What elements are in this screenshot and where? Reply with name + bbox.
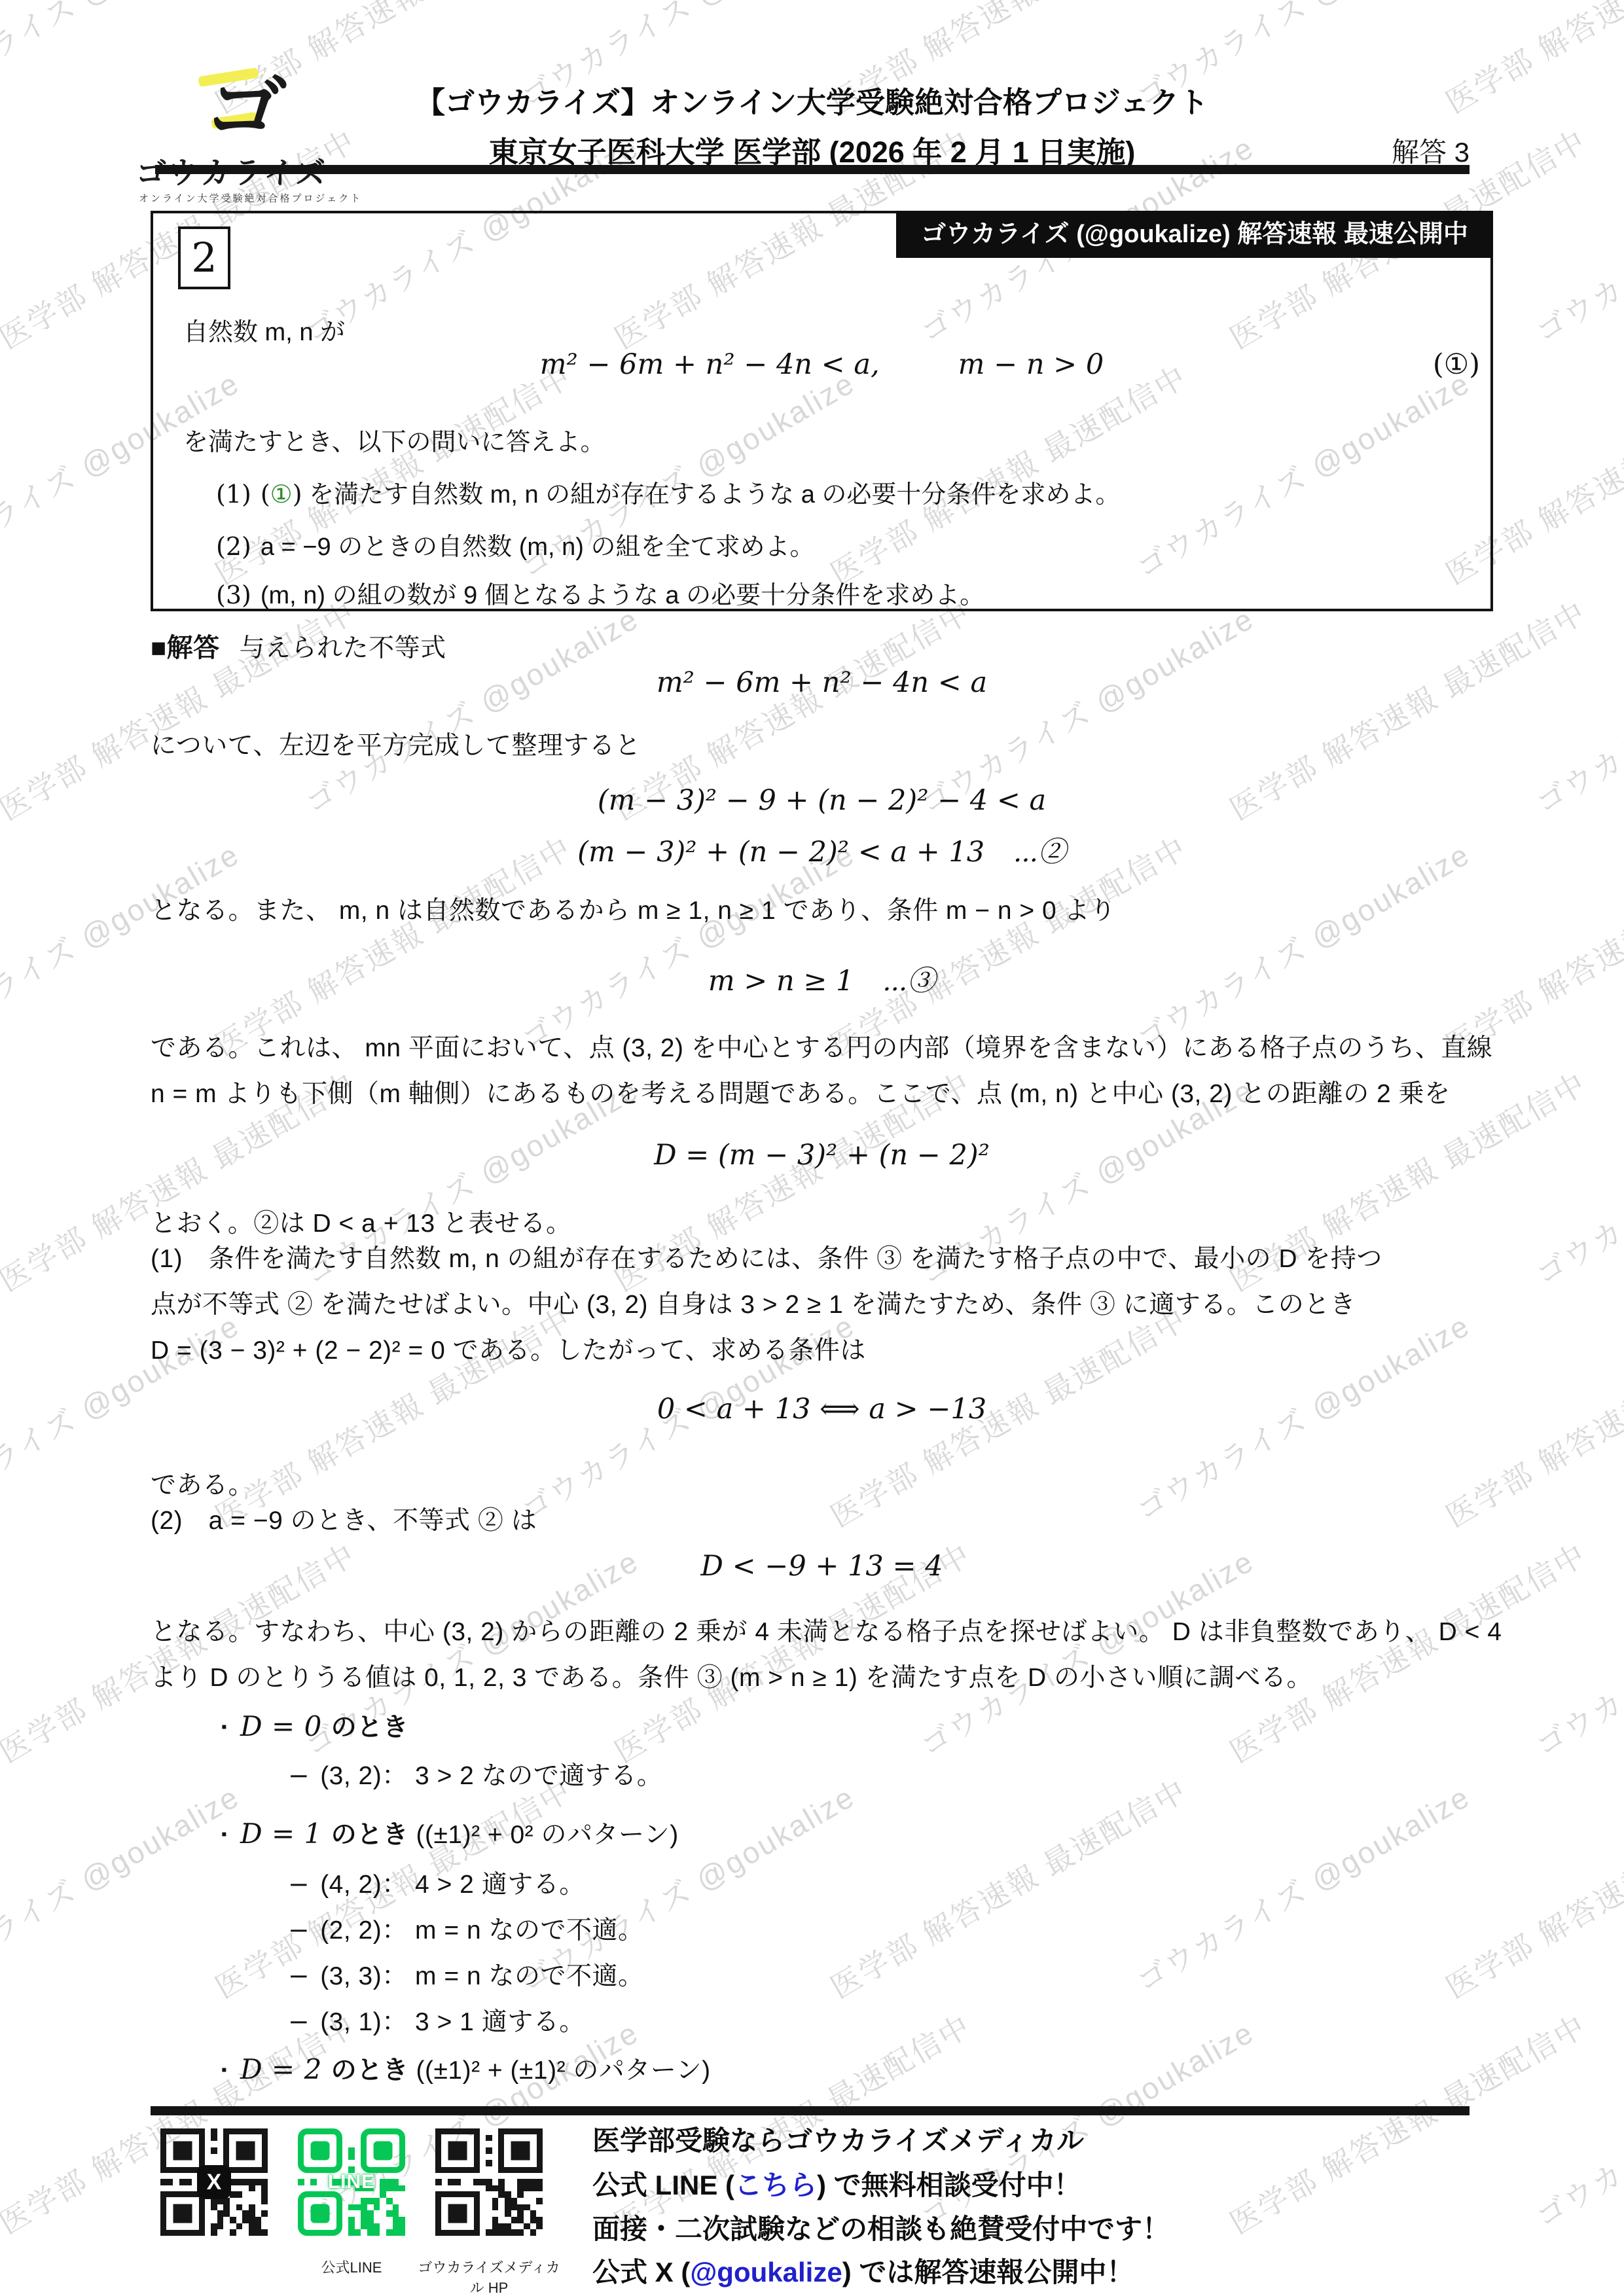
line-text: となる。また、 m, n は自然数であるから m ≥ 1, n ≥ 1 であり、… bbox=[151, 897, 1116, 925]
line-text: (2) a = −9 のとき、不等式 ② は bbox=[151, 1507, 537, 1535]
solution-line: (m − 3)² − 9 + (n − 2)² − 4 < a bbox=[151, 784, 1493, 817]
solution-line: m² − 6m + n² − 4n < a bbox=[151, 666, 1493, 699]
solution-line: となる。すなわち、中心 (3, 2) からの距離の 2 乗が 4 未満となる格子… bbox=[151, 1611, 1493, 1648]
solution-line: D = (m − 3)² + (n − 2)² bbox=[151, 1139, 1493, 1172]
line-text: である。 bbox=[151, 1471, 254, 1499]
line-text: ((±1)² + 0² のパターン) bbox=[408, 1821, 679, 1849]
solution-line: ■解答与えられた不等式 bbox=[151, 627, 1493, 664]
line-text: m² − 6m + n² − 4n < a bbox=[657, 666, 987, 699]
solution-line: である。これは、 mn 平面において、点 (3, 2) を中心とする円の内部（境… bbox=[151, 1028, 1493, 1064]
solution-line: である。 bbox=[151, 1465, 1493, 1501]
footer-run: ) で無料相談受付中！ bbox=[817, 2170, 1081, 2200]
solution-line: D = (3 − 3)² + (2 − 2)² = 0 である。したがって、求め… bbox=[151, 1330, 1493, 1367]
line-math-head: D = 1 bbox=[240, 1818, 331, 1850]
footer-link[interactable]: こちら bbox=[734, 2170, 817, 2200]
line-text: (4, 2)： 4 > 2 適する。 bbox=[320, 1871, 585, 1899]
line-text: について、左辺を平方完成して整理すると bbox=[151, 732, 641, 760]
line-text: (3, 2)： 3 > 2 なので適する。 bbox=[320, 1762, 662, 1790]
line-marker: ▪ bbox=[221, 1718, 227, 1736]
solution-line: m > n ≥ 1 ⋯③ bbox=[151, 959, 1493, 999]
solution-line: −(3, 1)： 3 > 1 適する。 bbox=[151, 2001, 1493, 2038]
solution-line: となる。また、 m, n は自然数であるから m ≥ 1, n ≥ 1 であり、… bbox=[151, 890, 1493, 927]
solution-line: −(2, 2)： m = n なので不適。 bbox=[151, 1910, 1493, 1946]
line-text: n = m よりも下側（m 軸側）にあるものを考える問題である。ここで、点 (m… bbox=[151, 1080, 1451, 1108]
qr-code-hp bbox=[435, 2128, 543, 2236]
footer-rule bbox=[151, 2106, 1470, 2115]
footer-line: 医学部受験ならゴウカライズメディカル bbox=[592, 2119, 1084, 2159]
line-text: (2, 2)： m = n なので不適。 bbox=[320, 1916, 643, 1945]
solution-line: (1) 条件を満たす自然数 m, n の組が存在するためには、条件 ③ を満たす… bbox=[151, 1238, 1493, 1275]
line-math-head: D = 2 bbox=[240, 2053, 331, 2085]
line-bold: のとき bbox=[331, 2056, 409, 2085]
line-text: とおく。②は D < a + 13 と表せる。 bbox=[151, 1210, 572, 1238]
line-bold: のとき bbox=[331, 1821, 409, 1849]
line-bold: のとき bbox=[331, 1713, 409, 1742]
footer-line: 公式 X (@goukalize) では解答速報公開中！ bbox=[592, 2251, 1134, 2290]
line-text: より D のとりうる値は 0, 1, 2, 3 である。条件 ③ (m > n … bbox=[151, 1664, 1312, 1692]
x-logo-icon: X bbox=[197, 2165, 231, 2199]
footer-run: ) では解答速報公開中！ bbox=[842, 2257, 1134, 2287]
solution-line: ▪D = 1 のとき ((±1)² + 0² のパターン) bbox=[151, 1814, 1493, 1851]
line-marker: − bbox=[288, 2007, 310, 2037]
line-marker: − bbox=[288, 1761, 310, 1791]
line-text: (3, 1)： 3 > 1 適する。 bbox=[320, 2008, 585, 2036]
line-text: (m − 3)² − 9 + (n − 2)² − 4 < a bbox=[598, 784, 1046, 817]
footer-run: 面接・二次試験などの相談も絶賛受付中です！ bbox=[592, 2214, 1170, 2244]
solution-line: −(4, 2)： 4 > 2 適する。 bbox=[151, 1864, 1493, 1901]
line-text: 点が不等式 ② を満たせばよい。中心 (3, 2) 自身は 3 > 2 ≥ 1 … bbox=[151, 1291, 1356, 1319]
line-text: D < −9 + 13 = 4 bbox=[700, 1550, 943, 1583]
solution-line: とおく。②は D < a + 13 と表せる。 bbox=[151, 1203, 1493, 1240]
solution-line: 点が不等式 ② を満たせばよい。中心 (3, 2) 自身は 3 > 2 ≥ 1 … bbox=[151, 1284, 1493, 1321]
qr-label: 公式LINE bbox=[278, 2257, 425, 2277]
solution-line: n = m よりも下側（m 軸側）にあるものを考える問題である。ここで、点 (m… bbox=[151, 1073, 1493, 1110]
solution-line: (m − 3)² + (n − 2)² < a + 13 ⋯② bbox=[151, 830, 1493, 870]
line-text: (1) 条件を満たす自然数 m, n の組が存在するためには、条件 ③ を満たす… bbox=[151, 1245, 1382, 1273]
line-marker: − bbox=[288, 1870, 310, 1899]
qr-label: ゴウカライズメディカル HP bbox=[416, 2257, 562, 2296]
line-text: である。これは、 mn 平面において、点 (3, 2) を中心とする円の内部（境… bbox=[151, 1034, 1492, 1062]
solution-line: について、左辺を平方完成して整理すると bbox=[151, 725, 1493, 762]
line-logo-icon: LINE bbox=[328, 2171, 375, 2193]
footer-run: 公式 LINE ( bbox=[592, 2170, 734, 2200]
line-text: D = (m − 3)² + (n − 2)² bbox=[654, 1139, 990, 1172]
solution-line: −(3, 2)： 3 > 2 なので適する。 bbox=[151, 1755, 1493, 1792]
line-text: m > n ≥ 1 ⋯③ bbox=[708, 965, 935, 997]
line-text: 与えられた不等式 bbox=[240, 634, 446, 662]
qr-code-line: LINE bbox=[298, 2128, 405, 2236]
solution-line: ▪D = 0 のとき bbox=[151, 1707, 1493, 1744]
line-text: ((±1)² + (±1)² のパターン) bbox=[408, 2056, 710, 2085]
footer-line: 面接・二次試験などの相談も絶賛受付中です！ bbox=[592, 2208, 1170, 2247]
line-text: (3, 3)： m = n なので不適。 bbox=[320, 1962, 643, 1990]
line-text: 0 < a + 13 ⟺ a > −13 bbox=[657, 1393, 986, 1426]
solution-section: ■解答与えられた不等式 m² − 6m + n² − 4n < a について、左… bbox=[151, 0, 1493, 2296]
line-text: D = (3 − 3)² + (2 − 2)² = 0 である。したがって、求め… bbox=[151, 1336, 866, 1365]
solution-line: ▪D = 2 のとき ((±1)² + (±1)² のパターン) bbox=[151, 2050, 1493, 2087]
line-text: となる。すなわち、中心 (3, 2) からの距離の 2 乗が 4 未満となる格子… bbox=[151, 1618, 1502, 1646]
line-math-head: D = 0 bbox=[240, 1710, 331, 1742]
footer-run: 医学部受験ならゴウカライズメディカル bbox=[592, 2125, 1084, 2156]
solution-line: D < −9 + 13 = 4 bbox=[151, 1550, 1493, 1583]
footer-link[interactable]: @goukalize bbox=[690, 2257, 842, 2287]
solution-line: 0 < a + 13 ⟺ a > −13 bbox=[151, 1393, 1493, 1426]
line-text: (m − 3)² + (n − 2)² < a + 13 ⋯② bbox=[577, 836, 1066, 869]
line-marker: ■解答 bbox=[151, 634, 220, 662]
line-marker: − bbox=[288, 1916, 310, 1945]
solution-line: より D のとりうる値は 0, 1, 2, 3 である。条件 ③ (m > n … bbox=[151, 1657, 1493, 1694]
line-marker: ▪ bbox=[221, 1825, 227, 1843]
solution-line: −(3, 3)： m = n なので不適。 bbox=[151, 1956, 1493, 1992]
line-marker: − bbox=[288, 1962, 310, 1991]
footer-run: 公式 X ( bbox=[592, 2257, 690, 2287]
solution-line: (2) a = −9 のとき、不等式 ② は bbox=[151, 1500, 1493, 1537]
qr-code-x: X bbox=[160, 2128, 268, 2236]
line-marker: ▪ bbox=[221, 2061, 227, 2079]
footer-line: 公式 LINE (こちら) で無料相談受付中！ bbox=[592, 2164, 1081, 2203]
